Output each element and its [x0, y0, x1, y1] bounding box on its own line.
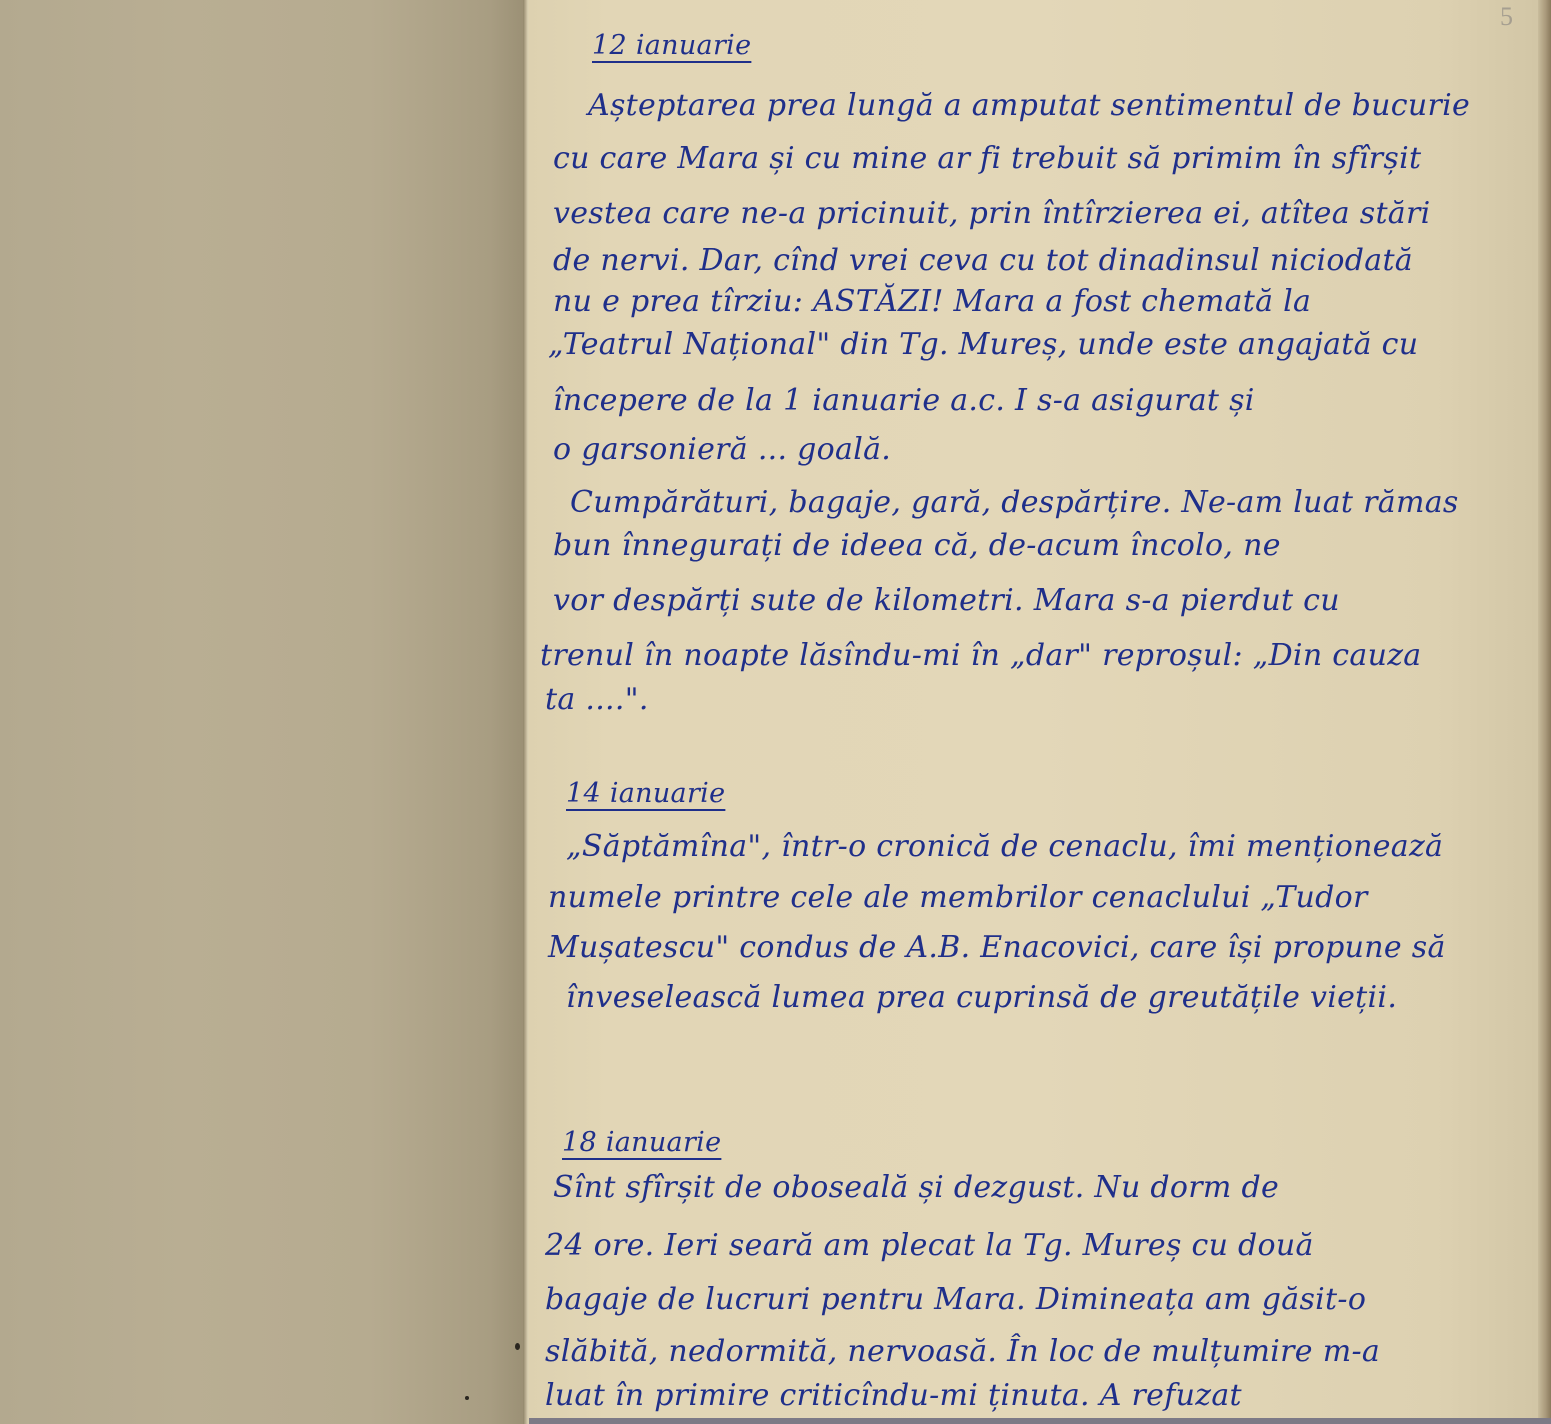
entry-line: Cumpărături, bagaje, gară, despărțire. N… [570, 485, 1459, 520]
bottom-edge [529, 1418, 1551, 1424]
entry-line: vestea care ne-a pricinuit, prin întîrzi… [553, 196, 1431, 231]
entry-line: Așteptarea prea lungă a amputat sentimen… [588, 88, 1470, 123]
entry-line: bagaje de lucruri pentru Mara. Dimineața… [545, 1282, 1366, 1317]
entry-line: „Teatrul Național" din Tg. Mureș, unde e… [548, 327, 1418, 362]
entry-line: nu e prea tîrziu: ASTĂZI! Mara a fost ch… [553, 284, 1311, 319]
entry-date: 14 ianuarie [566, 778, 725, 809]
entry-line: vor despărți sute de kilometri. Mara s-a… [553, 583, 1340, 618]
entry-line: 24 ore. Ieri seară am plecat la Tg. Mure… [545, 1228, 1314, 1263]
ink-speck [515, 1343, 520, 1350]
entry-line: bun înnegurați de ideea că, de-acum înco… [553, 528, 1281, 563]
entry-line: o garsonieră ... goală. [553, 432, 891, 467]
page-number: 5 [1500, 2, 1513, 32]
ink-speck [465, 1396, 469, 1400]
entry-line: Sînt sfîrșit de oboseală și dezgust. Nu … [553, 1170, 1279, 1205]
entry-line: „Săptămîna", într-o cronică de cenaclu, … [566, 829, 1443, 864]
entry-line: ta ....". [545, 682, 649, 717]
entry-line: de nervi. Dar, cînd vrei ceva cu tot din… [553, 243, 1413, 278]
entry-line: cu care Mara și cu mine ar fi trebuit să… [553, 141, 1421, 176]
entry-line: Mușatescu" condus de A.B. Enacovici, car… [548, 930, 1446, 965]
entry-date: 12 ianuarie [592, 30, 751, 61]
entry-date: 18 ianuarie [562, 1127, 721, 1158]
entry-line: începere de la 1 ianuarie a.c. I s-a asi… [553, 383, 1255, 418]
notebook-spread: 5 12 ianuarie Așteptarea prea lungă a am… [0, 0, 1551, 1424]
entry-line: trenul în noapte lăsîndu-mi în „dar" rep… [540, 638, 1422, 673]
entry-line: înveselească lumea prea cuprinsă de greu… [566, 980, 1397, 1015]
entry-line: slăbită, nedormită, nervoasă. În loc de … [545, 1334, 1380, 1369]
entry-line: luat în primire criticîndu-mi ținuta. A … [545, 1378, 1242, 1413]
left-page-blank [0, 0, 527, 1424]
entry-line: numele printre cele ale membrilor cenacl… [548, 880, 1368, 915]
page-edge [1538, 0, 1551, 1424]
